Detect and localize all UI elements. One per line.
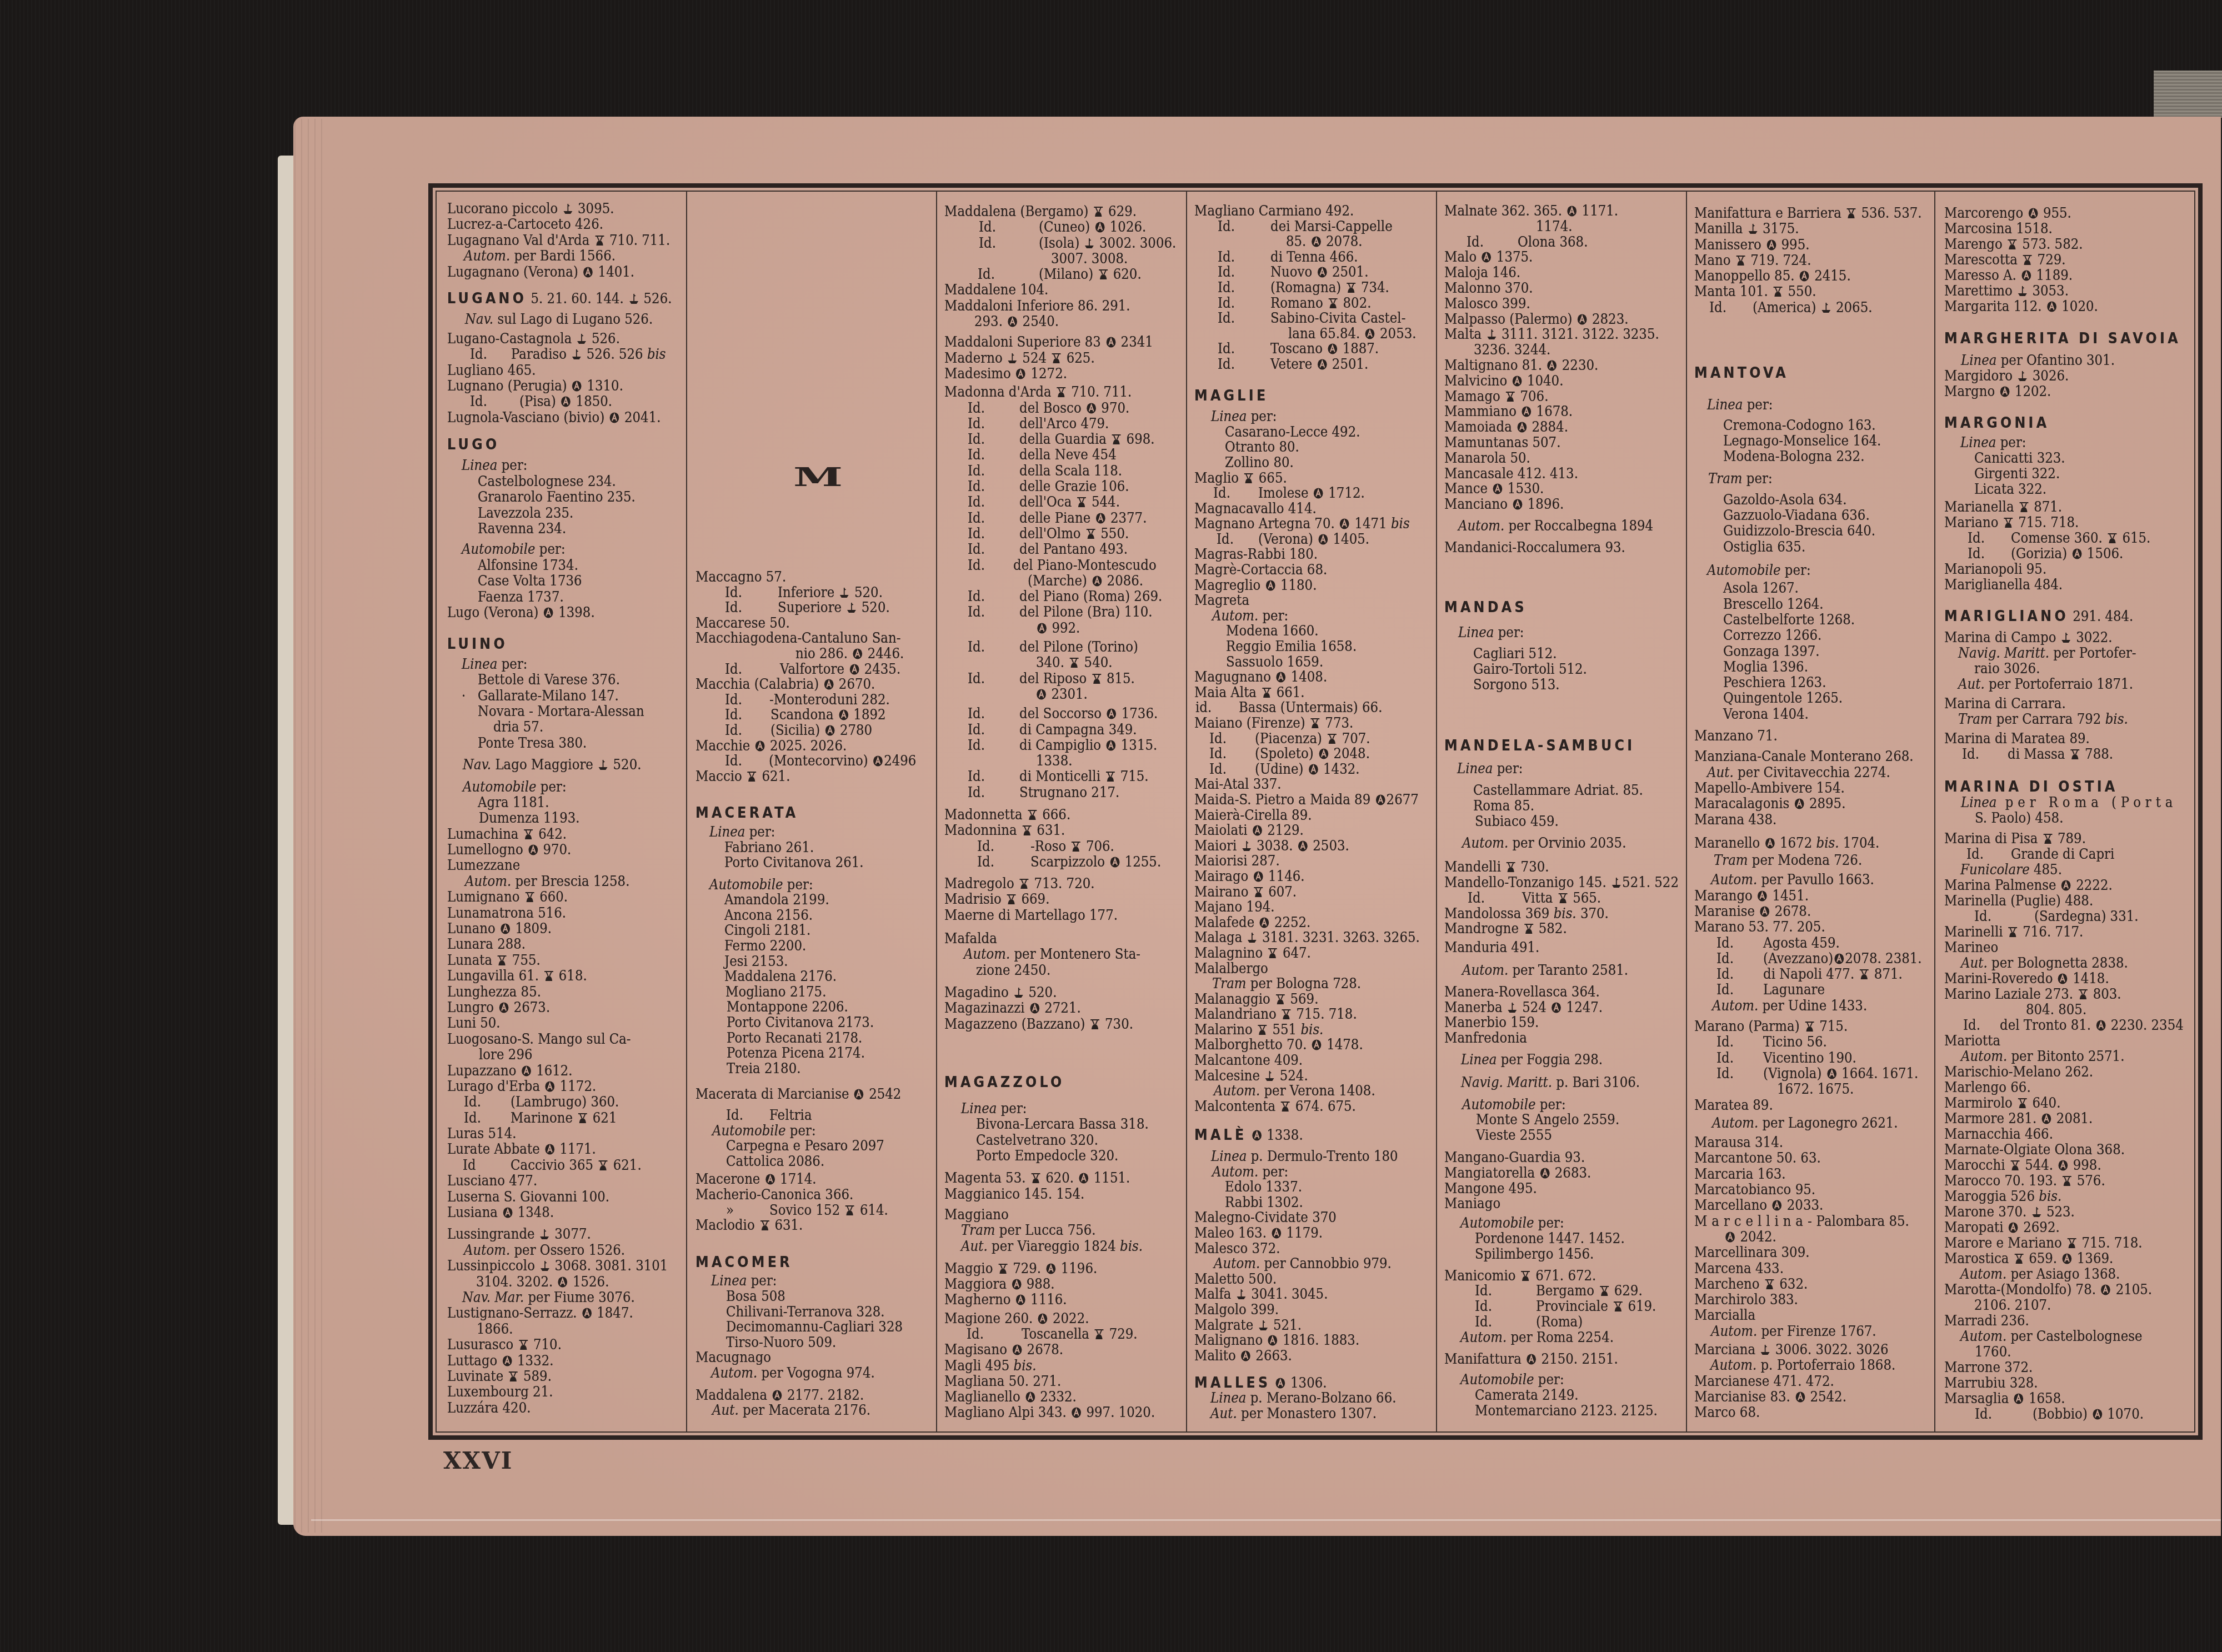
index-entry: Maccio 621.	[695, 769, 936, 785]
entry-text: 370.	[1577, 905, 1609, 922]
index-entry: Autom. per Udine 1433.	[1694, 998, 1934, 1014]
ditto-mark: Id.	[1218, 357, 1270, 373]
entry-text: Malcantone 409.	[1194, 1052, 1303, 1069]
index-entry: Id.dell'Olmo 550.	[944, 526, 1186, 542]
entry-content: Montemarciano 2123. 2125.	[1475, 1404, 1658, 1419]
entry-content: Sorgono 513.	[1473, 678, 1560, 693]
section-heading: MARGONIA	[1944, 415, 2193, 431]
index-entry: Linea per Foggia 298.	[1444, 1053, 1686, 1068]
entry-content: Linea per:	[1211, 409, 1277, 425]
entry-text: Marischio-Melano 262.	[1944, 1064, 2093, 1080]
index-entry: Marini-Roveredo 1418.	[1944, 971, 2193, 987]
entry-text: Maccagno 57.	[695, 569, 786, 585]
entry-text: Marrone 372.	[1944, 1359, 2033, 1376]
entry-content: Luvinate 589.	[447, 1369, 552, 1384]
entry-text: Marina di Pisa	[1944, 830, 2042, 847]
entry-text: Marcena 433.	[1694, 1260, 1784, 1277]
index-entry: Gairo-Tortoli 512.	[1444, 662, 1686, 678]
entry-text: Madonnina	[944, 822, 1021, 839]
service-label: Tram	[961, 1222, 995, 1239]
ditto-mark: Id.	[470, 394, 519, 409]
entry-text: Marocchi	[1944, 1157, 2009, 1174]
tram-icon	[1018, 878, 1030, 890]
entry-content: Maddalena 2177. 2182.	[695, 1388, 864, 1404]
entry-text: 2150. 2151.	[1537, 1351, 1618, 1368]
section-heading: MARIGLIANO 291. 484.	[1944, 609, 2193, 624]
ditto-mark: Id.	[968, 738, 1019, 753]
index-entry: Marcena 433.	[1694, 1261, 1934, 1276]
entry-content: Mammiano 1678.	[1444, 404, 1573, 420]
index-entry: Mamuntanas 507.	[1444, 435, 1686, 451]
entry-content: Porto Empedocle 320.	[976, 1148, 1118, 1164]
entry-text: Cattolica 2086.	[726, 1153, 824, 1170]
tram-icon	[1327, 297, 1339, 309]
index-entry: Id.Marinone 621	[447, 1110, 686, 1126]
ship-icon	[1235, 1288, 1247, 1300]
entry-content: Id.(Gorizia) 1506.	[1968, 546, 2123, 562]
section-heading: MACOMER	[695, 1255, 936, 1270]
entry-content: IdCaccivio 365 621.	[463, 1158, 642, 1173]
entry-text: Malo	[1444, 249, 1480, 266]
entry-text: Marano 53. 77. 205.	[1694, 919, 1825, 935]
entry-content: MALLES 1306.	[1194, 1375, 1327, 1391]
index-entry: Malnate 362. 365. 1171.	[1444, 204, 1686, 219]
entry-content: Magliano Carmiano 492.	[1194, 204, 1354, 219]
index-entry: Id.(Bobbio) 1070.	[1944, 1406, 2193, 1422]
index-entry: Lugnano (Perugia) 1310.	[447, 378, 686, 394]
entry-text: Marcheno	[1694, 1276, 1764, 1293]
index-entry: Linea per:	[1194, 409, 1436, 425]
tram-icon	[1523, 923, 1534, 935]
entry-text: Mandello-Tonzanigo 145.	[1444, 874, 1610, 891]
entry-content: Manerba 524 1247.	[1444, 1000, 1603, 1016]
entry-text: per:	[1534, 1215, 1564, 1232]
entry-text: Romano	[1270, 295, 1327, 312]
entry-content: Marcellina-Palombara 85.	[1694, 1214, 1909, 1229]
ditto-mark: Id.	[968, 401, 1019, 416]
entry-text: Maratea 89.	[1694, 1097, 1773, 1114]
entry-content: Id.Imolese 1712.	[1213, 486, 1365, 502]
entry-text: Manfredonia	[1444, 1030, 1527, 1047]
entry-text: Mairago	[1194, 868, 1253, 885]
index-entry: Id.Imolese 1712.	[1194, 486, 1436, 502]
index-entry: Magliana 50. 271.	[944, 1374, 1186, 1389]
index-entry: Castelbolognese 234.	[447, 474, 686, 489]
index-entry: Ostiglia 635.	[1694, 539, 1934, 555]
index-entry: Marettimo 3053.	[1944, 283, 2193, 299]
index-entry: Licata 322.	[1944, 482, 2193, 497]
index-entry: Marineo	[1944, 940, 2193, 955]
entry-content: Id.(Spoleto) 2048.	[1209, 747, 1370, 762]
index-entry: Mai-Atal 337.	[1194, 777, 1436, 793]
entry-text: 2542.	[1806, 1389, 1846, 1405]
entry-text: Gazzuolo-Viadana 636.	[1723, 507, 1870, 524]
entry-text: Manifattura e Barriera	[1694, 205, 1845, 222]
entry-content: Marore e Mariano 715. 718.	[1944, 1235, 2143, 1251]
entry-text: 521.	[1269, 1317, 1302, 1334]
ditto-mark: Id.	[1974, 909, 2034, 924]
entry-content: 2301.	[1035, 687, 1088, 702]
entry-content: Maerne di Martellago 177.	[944, 908, 1118, 923]
entry-text: 970.	[1097, 400, 1129, 417]
entry-text: Lusurasco	[447, 1336, 518, 1353]
entry-content: Id.Agosta 459.	[1716, 935, 1840, 951]
entry-text: 659.	[2025, 1250, 2061, 1267]
index-entry: Faenza 1737.	[447, 589, 686, 605]
index-entry: Maletto 500.	[1194, 1272, 1436, 1288]
service-label: Linea	[1458, 624, 1494, 641]
entry-content: Tram per:	[1708, 471, 1773, 487]
index-entry: Magugnano 1408.	[1194, 670, 1436, 685]
entry-text: -Roso	[1030, 838, 1070, 855]
entry-text: del Piano (Roma) 269.	[1019, 588, 1162, 605]
entry-content: Chilivani-Terranova 328.	[726, 1305, 885, 1320]
entry-content: Correzzo 1266.	[1723, 628, 1821, 643]
entry-text: Marore e Mariano	[1944, 1235, 2066, 1251]
entry-content: Maltignano 81. 2230.	[1444, 358, 1598, 374]
bus-icon	[1539, 1167, 1550, 1179]
tram-icon	[1504, 391, 1516, 403]
entry-text: Peschiera 1263.	[1723, 674, 1826, 691]
entry-text: 526. 526	[582, 346, 647, 363]
entry-content: Mandanici-Roccalumera 93.	[1444, 540, 1625, 556]
index-entry: Automobile per:	[1444, 1098, 1686, 1113]
entry-text: Lugano-Castagnola	[447, 331, 576, 347]
entry-text: Maroggia 526	[1944, 1188, 2039, 1205]
entry-content: Cingoli 2181.	[724, 923, 810, 939]
entry-text: Malegno-Cividate 370	[1194, 1209, 1337, 1226]
entry-text: per:	[1996, 434, 2026, 451]
index-entry: Marcatobianco 95.	[1694, 1182, 1934, 1198]
entry-text: Magazzeno (Bazzano)	[944, 1016, 1089, 1033]
entry-text: Maglianello	[944, 1389, 1024, 1405]
bus-icon	[1577, 313, 1588, 326]
index-entry: Linea per:	[944, 1101, 1186, 1117]
entry-content: Tram per Modena 726.	[1714, 853, 1862, 868]
bus-icon	[1078, 1172, 1089, 1184]
index-entry: Luni 50.	[447, 1015, 686, 1031]
entry-text: Modena-Bologna 232.	[1723, 448, 1864, 465]
index-entry: Malpasso (Palermo) 2823.	[1444, 312, 1686, 328]
entry-content: Vieste 2555	[1476, 1128, 1552, 1144]
entry-text: 2129.	[1263, 822, 1304, 839]
index-entry: Aut. per Civitavecchia 2274.	[1694, 765, 1934, 780]
section-heading: MANDAS	[1444, 600, 1686, 615]
entry-text: 669.	[1017, 891, 1049, 908]
entry-text: Alfonsine 1734.	[478, 557, 578, 574]
index-entry: Malesco 372.	[1194, 1241, 1436, 1257]
entry-text: Lussinpiccolo	[447, 1258, 539, 1274]
entry-text: Marcianese 471. 472.	[1694, 1373, 1834, 1390]
entry-content: Margno 1202.	[1944, 384, 2051, 399]
index-entry: Lunghezza 85.	[447, 984, 686, 1000]
index-entry: Maddalena 2176.	[695, 969, 936, 985]
ditto-mark: Id.	[725, 708, 770, 723]
tram-icon	[1055, 386, 1067, 398]
entry-text: Castelvetrano 320.	[976, 1132, 1098, 1149]
index-entry: Novara - Mortara-Alessan	[447, 704, 686, 719]
entry-content: Malarino 551 bis.	[1194, 1023, 1323, 1038]
bus-icon	[1375, 794, 1387, 806]
station-heading: MARINA DI OSTIA	[1944, 778, 2118, 795]
index-entry: Bettole di Varese 376.	[447, 672, 686, 688]
service-label: Aut.	[712, 1402, 739, 1419]
index-entry: Nav. Mar. per Fiume 3076.	[447, 1290, 686, 1305]
entry-content: Asola 1267.	[1723, 580, 1799, 596]
entry-content: MAGLIE	[1194, 388, 1268, 404]
entry-text: 2078. 2381.	[1845, 950, 1921, 967]
section-heading: MARGHERITA DI SAVOIA	[1944, 331, 2193, 347]
entry-content: Marano (Parma) 715.	[1694, 1019, 1848, 1034]
entry-text: per Monastero 1307.	[1237, 1405, 1377, 1422]
index-entry: Linea per:	[1444, 762, 1686, 777]
entry-content: MANTOVA	[1694, 366, 1789, 381]
tram-icon	[759, 1219, 770, 1232]
ship-icon	[1007, 352, 1018, 364]
index-entry: Camerata 2149.	[1444, 1388, 1686, 1404]
entry-content: Marina di Campo 3022.	[1944, 630, 2113, 645]
index-entry: Manifattura e Barriera 536. 537.	[1694, 206, 1934, 221]
entry-text: per:	[1493, 760, 1523, 777]
entry-text: 540.	[1080, 654, 1112, 671]
entry-text: Marausa 314.	[1694, 1134, 1783, 1151]
entry-content: Id.del Pilone (Bra) 110.	[968, 604, 1153, 620]
entry-text: di Napoli 477.	[1763, 966, 1858, 983]
ship-icon	[539, 1260, 551, 1272]
entry-text: 804. 805.	[2026, 1002, 2086, 1018]
index-entry: Autom. per Lagonegro 2621.	[1694, 1115, 1934, 1131]
entry-text: Mariglianella 484.	[1944, 577, 2063, 593]
entry-text: 871.	[1870, 966, 1903, 983]
tram-icon	[2007, 926, 2019, 938]
entry-content: Id.(Piacenza) 707.	[1209, 732, 1370, 747]
entry-text: 1760.	[1975, 1344, 2011, 1360]
entry-text: Mafalda	[944, 930, 997, 947]
index-entry: Fermo 2200.	[695, 939, 936, 954]
entry-content: Legnago-Monselice 164.	[1723, 433, 1881, 449]
entry-text: Marcianise 83.	[1694, 1389, 1794, 1405]
entry-text: Cingoli 2181.	[724, 922, 810, 939]
index-entry: Malfa 3041. 3045.	[1194, 1287, 1436, 1303]
index-entry: Marcellano 2033.	[1694, 1198, 1934, 1213]
index-entry: Malaga 3181. 3231. 3263. 3265.	[1194, 930, 1436, 946]
index-entry: Dumenza 1193.	[447, 810, 686, 826]
service-label: Navig. Maritt.	[1958, 645, 2049, 662]
entry-text: Maclodio	[695, 1217, 759, 1234]
entry-text: 2678.	[1770, 903, 1811, 920]
service-label: Autom.	[1961, 1048, 2007, 1065]
service-label: Linea	[462, 457, 497, 474]
entry-text: Scarpizzolo	[1030, 854, 1109, 870]
index-entry: Margarita 112. 1020.	[1944, 299, 2193, 314]
entry-content: Madrisio 669.	[944, 892, 1049, 907]
entry-text: Malnate 362. 365.	[1444, 203, 1566, 219]
index-entry: Gonzaga 1397.	[1694, 644, 1934, 659]
entry-content: 1338.	[1036, 753, 1073, 769]
entry-text: Marchirolo 383.	[1694, 1291, 1798, 1308]
index-entry: Ponte Tresa 380.	[447, 735, 686, 751]
index-entry: Madregolo 713. 720.	[944, 876, 1186, 892]
index-entry: Id.Bergamo 629.	[1444, 1284, 1686, 1299]
entry-content: Marano 53. 77. 205.	[1694, 919, 1825, 935]
index-entry: Malo 1375.	[1444, 250, 1686, 266]
bus-icon	[1252, 824, 1263, 837]
entry-content: Lumezzane	[447, 858, 520, 873]
tram-icon	[1050, 352, 1062, 364]
entry-text: 719. 724.	[1746, 252, 1811, 269]
entry-content: Id.del Bosco 970.	[968, 401, 1129, 416]
index-entry: Id.-Monteroduni 282.	[695, 693, 936, 708]
index-entry: 1672. 1675.	[1694, 1082, 1934, 1097]
index-entry: Automobile per:	[695, 1124, 936, 1139]
service-label: Autom.	[964, 946, 1010, 963]
entry-content: lore 296	[479, 1047, 533, 1063]
tram-icon	[1557, 892, 1569, 904]
index-entry: 340. 540.	[944, 655, 1186, 670]
entry-content: 992.	[1036, 620, 1080, 636]
index-entry: Id.(Lambrugo) 360.	[447, 1094, 686, 1110]
tram-icon	[523, 828, 534, 840]
entry-text: Marineo	[1944, 939, 1998, 956]
entry-content: Lumellogno 970.	[447, 842, 571, 858]
ship-icon	[597, 759, 609, 771]
index-entry: Manfredonia	[1444, 1031, 1686, 1047]
entry-text: Manzano 71.	[1694, 728, 1778, 744]
index-entry: Autom. per Asiago 1368.	[1944, 1266, 2193, 1282]
ditto-mark: Id.	[967, 1326, 1022, 1342]
index-entry: Decimomannu-Cagliari 328	[695, 1320, 936, 1335]
index-entry: Modena 1660.	[1194, 624, 1436, 639]
entry-content: MARINA DI OSTIA	[1944, 779, 2118, 795]
entry-text: Maiori	[1194, 838, 1241, 854]
entry-content: Id.(Vignola) 1664. 1671.	[1716, 1066, 1918, 1082]
entry-text: 3104. 3202.	[476, 1274, 557, 1290]
tram-icon	[1764, 1278, 1775, 1290]
entry-content: Id.dell'Oca 544.	[968, 494, 1120, 510]
index-entry: Maddalena (Bergamo) 629.	[944, 204, 1186, 219]
entry-text: Manta 101.	[1694, 283, 1772, 300]
index-entry: Magliano Alpi 343. 997. 1020.	[944, 1405, 1186, 1420]
entry-text: Macchie	[695, 738, 754, 754]
bus-icon	[772, 1389, 783, 1401]
index-entry: Marianopoli 95.	[1944, 562, 2193, 577]
entry-text: 1398.	[554, 604, 595, 621]
entry-text: Marnate-Olgiate Olona 368.	[1944, 1142, 2125, 1158]
tram-icon	[1076, 496, 1088, 508]
entry-content: Agra 1181.	[478, 795, 549, 810]
entry-text: Lugo (Verona)	[447, 604, 543, 621]
index-entry: Alfonsine 1734.	[447, 558, 686, 573]
index-entry: Maleo 163. 1179.	[1194, 1226, 1436, 1241]
entry-text: 524	[1518, 999, 1550, 1016]
service-label: Linea	[1457, 760, 1493, 777]
entry-content: Linea p. Dermulo-Trento 180	[1211, 1149, 1398, 1165]
service-label: Navig. Maritt.	[1461, 1074, 1552, 1091]
entry-content: MALÈ 1338.	[1194, 1128, 1303, 1144]
ditto-mark: Id	[463, 1158, 511, 1173]
entry-text: 713. 720.	[1030, 875, 1094, 892]
index-entry: Manciano 1896.	[1444, 497, 1686, 513]
service-label: Autom.	[1711, 872, 1757, 888]
index-entry: 1174.	[1444, 219, 1686, 235]
entry-content: Id.di Napoli 477. 871.	[1716, 967, 1903, 982]
entry-text: 3038.	[1253, 838, 1297, 854]
entry-text: Lumachina	[447, 826, 523, 843]
entry-text: per Cannobbio 979.	[1260, 1255, 1392, 1272]
entry-text: 1664. 1671.	[1838, 1065, 1919, 1082]
index-entry: Id.del Soccorso 1736.	[944, 706, 1186, 722]
entry-text: 773.	[1321, 715, 1353, 732]
index-entry: Aut. per Bolognetta 2838.	[1944, 955, 2193, 971]
entry-text: 998.	[2069, 1157, 2101, 1174]
index-entry: Maclodio 631.	[695, 1218, 936, 1234]
entry-text: 706.	[1516, 388, 1548, 405]
entry-text: Bosa 508	[726, 1288, 785, 1305]
entry-text: Legnago-Monselice 164.	[1723, 433, 1881, 449]
bus-icon	[1512, 498, 1523, 510]
entry-text: 524.	[1275, 1068, 1308, 1084]
entry-text: Mandelli	[1444, 859, 1505, 875]
entry-text: 3111. 3121. 3122. 3235.	[1498, 326, 1659, 343]
index-entry: Id.(Spoleto) 2048.	[1194, 747, 1436, 762]
entry-text: del Riposo	[1019, 670, 1091, 687]
entry-text: 734.	[1357, 279, 1389, 296]
entry-content: Id.Scandona 1892	[725, 708, 886, 723]
entry-text: Malosco 399.	[1444, 296, 1530, 312]
ditto-mark: Id.	[1218, 281, 1270, 296]
index-entry: Marcosina 1518.	[1944, 221, 2193, 237]
index-entry: Castellammare Adriat. 85.	[1444, 783, 1686, 799]
entry-text: Strugnano 217.	[1019, 784, 1119, 801]
entry-content: Lungro 2673.	[447, 1000, 550, 1015]
entry-text: Correzzo 1266.	[1723, 627, 1821, 644]
index-entry: 3236. 3244.	[1444, 343, 1686, 358]
index-entry: Mariano 715. 718.	[1944, 515, 2193, 530]
index-entry: Maccagno 57.	[695, 570, 936, 585]
entry-text: 520.	[858, 599, 890, 616]
entry-text: Novara - Mortara-Alessan	[478, 703, 644, 720]
entry-text	[1270, 1375, 1274, 1391]
entry-text: 660.	[536, 889, 568, 905]
entry-text: Lugagnano (Verona)	[447, 264, 582, 281]
index-entry: Magnano Artegna 70. 1471 bis	[1194, 517, 1436, 532]
entry-text: Malcesine	[1194, 1068, 1264, 1084]
entry-text: di Monticelli	[1019, 768, 1104, 785]
entry-text: 1816. 1883.	[1279, 1332, 1360, 1349]
entry-text: per:	[497, 656, 527, 673]
entry-content: Manerbio 159.	[1444, 1015, 1539, 1031]
entry-content: Marrubiu 328.	[1944, 1375, 2038, 1391]
ditto-mark: Id.	[1966, 847, 2011, 862]
entry-text: per:	[497, 457, 527, 474]
index-entry: Macherio-Canonica 366.	[695, 1188, 936, 1203]
index-entry: Maddaloni Inferiore 86. 291.	[944, 298, 1186, 314]
entry-content: Mariotta	[1944, 1033, 2000, 1049]
index-entry: Id.del Pilone (Bra) 110.	[944, 604, 1186, 620]
index-entry: Id.del Piano-Montescudo	[944, 558, 1186, 573]
entry-text: Maia Alta	[1194, 684, 1260, 701]
entry-content: LUGANO 5. 21. 60. 144. 526.	[447, 291, 672, 307]
bus-icon	[2100, 1284, 2111, 1296]
ditto-mark: Id.	[464, 1110, 511, 1126]
tram-icon	[2042, 833, 2054, 845]
entry-text: di Tenna 466.	[1270, 249, 1358, 266]
entry-text: per Brescia 1258.	[511, 873, 629, 890]
bus-icon	[2057, 1159, 2069, 1172]
bus-icon	[2040, 1113, 2052, 1125]
index-entry: Lussinpiccolo 3068. 3081. 3101	[447, 1258, 686, 1274]
index-entry: Id.del Piano (Roma) 269.	[944, 589, 1186, 604]
